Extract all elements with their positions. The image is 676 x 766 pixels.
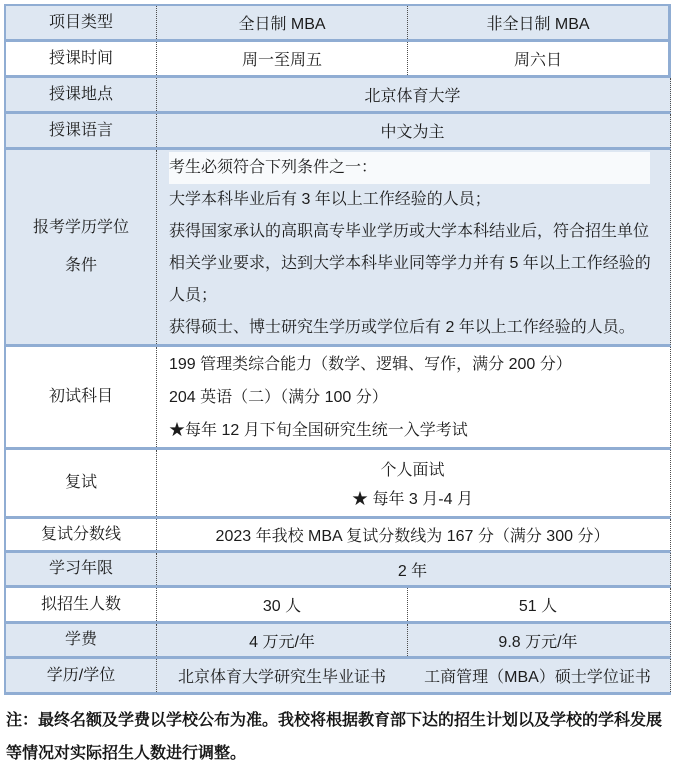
- mba-info-table: 项目类型 全日制 MBA 非全日制 MBA 授课时间 周一至周五 周六日 授课地…: [4, 4, 671, 695]
- enrollment-label: 拟招生人数: [6, 588, 157, 621]
- footer-note: 注：最终名额及学费以学校公布为准。我校将根据教育部下达的招生计划以及学校的学科发…: [6, 704, 670, 766]
- enrollment-part-time: 51 人: [408, 588, 668, 621]
- retest-score-label: 复试分数线: [6, 519, 157, 550]
- row-duration: 学习年限 2 年: [6, 553, 671, 588]
- degree-part-time: 工商管理（MBA）硕士学位证书: [407, 659, 668, 692]
- schedule-label: 授课时间: [6, 42, 157, 75]
- eligibility-label-line1: 报考学历学位: [33, 209, 129, 247]
- row-eligibility: 报考学历学位 条件 考生必须符合下列条件之一： 大学本科毕业后有 3 年以上工作…: [6, 150, 671, 347]
- row-initial-exam: 初试科目 199 管理类综合能力（数学、逻辑、写作，满分 200 分） 204 …: [6, 347, 671, 450]
- enrollment-full-time: 30 人: [157, 588, 408, 621]
- row-retest: 复试 个人面试 ★ 每年 3 月-4 月: [6, 450, 671, 519]
- initial-exam-line-1: 199 管理类综合能力（数学、逻辑、写作，满分 200 分）: [169, 348, 572, 381]
- language-value: 中文为主: [157, 114, 668, 147]
- tuition-label: 学费: [6, 624, 157, 656]
- eligibility-conditions: 考生必须符合下列条件之一： 大学本科毕业后有 3 年以上工作经验的人员； 获得国…: [157, 150, 668, 344]
- row-location: 授课地点 北京体育大学: [6, 78, 671, 114]
- tuition-full-time: 4 万元/年: [157, 624, 408, 656]
- eligibility-label-line2: 条件: [65, 247, 97, 285]
- retest-score-value: 2023 年我校 MBA 复试分数线为 167 分（满分 300 分）: [157, 519, 668, 550]
- location-value: 北京体育大学: [157, 78, 668, 111]
- retest-line-2: ★ 每年 3 月-4 月: [352, 486, 473, 509]
- initial-exam-subjects: 199 管理类综合能力（数学、逻辑、写作，满分 200 分） 204 英语（二）…: [157, 347, 668, 447]
- row-project-type: 项目类型 全日制 MBA 非全日制 MBA: [6, 6, 671, 42]
- eligibility-item-2: 获得国家承认的高职高专毕业学历或大学本科结业后，符合招生单位相关学业要求，达到大…: [169, 216, 658, 312]
- eligibility-item-3: 获得硕士、博士研究生学历或学位后有 2 年以上工作经验的人员。: [169, 312, 658, 344]
- row-degree: 学历/学位 北京体育大学研究生毕业证书 工商管理（MBA）硕士学位证书: [6, 659, 671, 692]
- schedule-full-time: 周一至周五: [157, 42, 408, 75]
- tuition-part-time: 9.8 万元/年: [408, 624, 668, 656]
- degree-label: 学历/学位: [6, 659, 157, 692]
- eligibility-item-1: 大学本科毕业后有 3 年以上工作经验的人员；: [169, 184, 658, 216]
- row-tuition: 学费 4 万元/年 9.8 万元/年: [6, 624, 671, 659]
- eligibility-label: 报考学历学位 条件: [6, 150, 157, 344]
- duration-value: 2 年: [157, 553, 668, 585]
- schedule-part-time: 周六日: [408, 42, 668, 75]
- initial-exam-line-2: 204 英语（二）（满分 100 分）: [169, 381, 388, 414]
- initial-exam-label: 初试科目: [6, 347, 157, 447]
- row-enrollment: 拟招生人数 30 人 51 人: [6, 588, 671, 624]
- location-label: 授课地点: [6, 78, 157, 111]
- retest-details: 个人面试 ★ 每年 3 月-4 月: [157, 450, 668, 516]
- project-type-full-time: 全日制 MBA: [157, 6, 408, 39]
- row-schedule: 授课时间 周一至周五 周六日: [6, 42, 671, 78]
- eligibility-intro: 考生必须符合下列条件之一：: [169, 152, 658, 184]
- duration-label: 学习年限: [6, 553, 157, 585]
- language-label: 授课语言: [6, 114, 157, 147]
- retest-label: 复试: [6, 450, 157, 516]
- retest-line-1: 个人面试: [380, 457, 444, 480]
- degree-full-time: 北京体育大学研究生毕业证书: [157, 659, 407, 692]
- row-language: 授课语言 中文为主: [6, 114, 671, 150]
- project-type-label: 项目类型: [6, 6, 157, 39]
- eligibility-intro-highlight: 考生必须符合下列条件之一：: [169, 152, 650, 184]
- row-retest-score: 复试分数线 2023 年我校 MBA 复试分数线为 167 分（满分 300 分…: [6, 519, 671, 553]
- initial-exam-line-3: ★每年 12 月下旬全国研究生统一入学考试: [169, 414, 468, 447]
- project-type-part-time: 非全日制 MBA: [408, 6, 668, 39]
